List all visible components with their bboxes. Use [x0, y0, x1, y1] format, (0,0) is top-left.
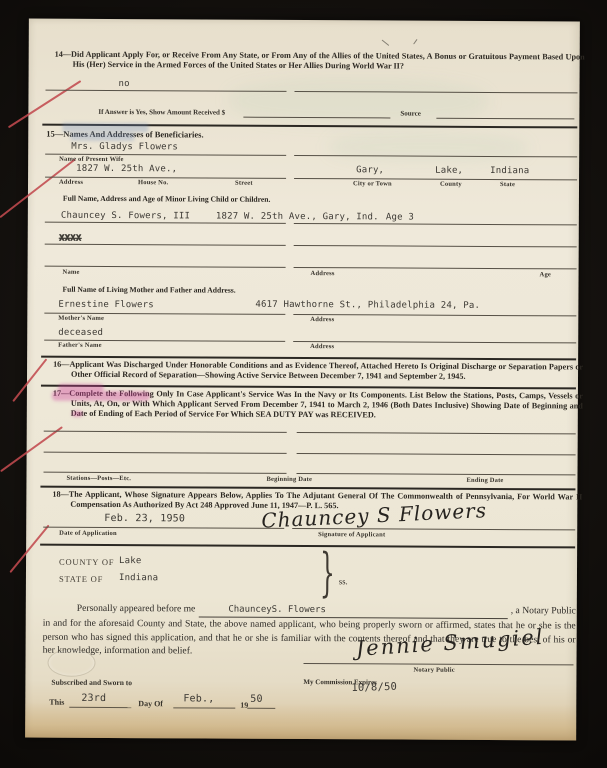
bleed-through-tint	[328, 132, 528, 163]
county-of-label: COUNTY OF	[59, 557, 114, 567]
signature-of-applicant-label: Signature of Applicant	[318, 531, 385, 538]
ss-label: ss.	[339, 576, 348, 586]
item16-text: 16—Applicant Was Discharged Under Honora…	[53, 360, 583, 382]
embossed-seal	[47, 649, 95, 677]
child-age-value: Age 3	[386, 212, 414, 222]
if-yes-label: If Answer is Yes, Show Amount Received $	[98, 108, 225, 117]
state-of-value: Indiana	[119, 573, 158, 583]
father-name-label: Father's Name	[58, 342, 102, 349]
affidavit-lead: Personally appeared before me	[77, 602, 196, 616]
stations-label: Stations—Posts—Etc.	[66, 475, 131, 482]
faded-ink-stamp	[70, 133, 134, 141]
subscribed-label: Subscribed and Sworn to	[51, 678, 132, 687]
address-value: 1827 W. 25th Ave.,	[76, 164, 177, 175]
child-address-value: 1827 W. 25th Ave., Gary, Ind.	[216, 212, 379, 223]
state-label: State	[500, 181, 515, 188]
county-value: Lake,	[435, 166, 463, 176]
ruled-line	[45, 266, 286, 268]
red-check-mark	[0, 158, 75, 217]
item14-answer: no	[119, 79, 130, 89]
age-label: Age	[540, 271, 551, 278]
pencil-mark	[381, 40, 389, 47]
faded-ink-stamp	[62, 123, 148, 132]
ruled-line	[294, 267, 577, 269]
county-label: County	[440, 181, 462, 188]
red-check-mark	[0, 426, 63, 472]
parents-heading: Full Name of Living Mother and Father an…	[62, 285, 235, 295]
state-of-label: STATE OF	[59, 574, 103, 584]
child-heading: Full Name, Address and Age of Minor Livi…	[63, 194, 271, 204]
ruled-line	[44, 452, 287, 454]
city-label: City or Town	[353, 180, 392, 187]
ruled-line	[293, 314, 576, 316]
red-check-mark	[9, 525, 49, 573]
ruled-line	[297, 432, 576, 434]
county-of-value: Lake	[119, 556, 142, 566]
photo-background: 14—Did Applicant Apply For, or Receive F…	[0, 0, 607, 768]
mother-address-value: 4617 Hawthorne St., Philadelphia 24, Pa.	[255, 300, 480, 311]
house-no-label: House No.	[138, 179, 168, 186]
ruled-line	[294, 245, 577, 247]
application-date-value: Feb. 23, 1950	[104, 513, 185, 524]
red-check-mark	[8, 80, 81, 128]
ruled-line	[45, 222, 286, 224]
ending-date-label: Ending Date	[466, 477, 503, 484]
address-label: Address	[59, 179, 83, 186]
name-label: Name	[63, 269, 80, 276]
child-name-value: Chauncey S. Fowers, III	[61, 211, 190, 222]
ruled-line	[294, 223, 577, 225]
ruled-line	[44, 431, 287, 433]
ruled-line	[293, 341, 576, 343]
pink-highlight	[72, 411, 83, 417]
address-label: Address	[311, 270, 335, 277]
notary-public-label: Notary Public	[413, 667, 454, 674]
ruled-line	[304, 663, 574, 665]
paper-bottom-shading	[25, 702, 576, 741]
ruled-line	[43, 527, 284, 529]
jurat-brace: }	[320, 547, 335, 599]
wife-name-value: Mrs. Gladys Flowers	[71, 142, 178, 153]
street-label: Street	[235, 180, 253, 187]
item14-text: 14—Did Applicant Apply For, or Receive F…	[55, 50, 585, 72]
pink-highlight	[52, 391, 150, 402]
ruled-line	[45, 244, 286, 246]
address-label: Address	[310, 316, 334, 323]
wife-name-label: Name of Present Wife	[59, 156, 124, 163]
pencil-mark	[413, 39, 418, 45]
mother-name-label: Mother's Name	[58, 315, 104, 322]
ruled-line	[297, 453, 576, 455]
ruled-line	[44, 472, 287, 474]
ruled-line	[297, 473, 576, 475]
commission-date-value: 10/8/50	[351, 681, 397, 694]
state-value: Indiana	[490, 166, 529, 176]
date-of-application-label: Date of Application	[59, 530, 117, 537]
city-value: Gary,	[356, 165, 384, 175]
crossed-out-entry: XXXX	[59, 234, 82, 244]
typed-applicant-name: ChaunceyS. Flowers	[198, 603, 508, 619]
document-page: 14—Did Applicant Apply For, or Receive F…	[25, 19, 580, 741]
ruled-line	[46, 90, 287, 92]
ruled-line	[294, 178, 577, 180]
affidavit-line1-end: , a Notary Public	[511, 604, 576, 618]
father-name-value: deceased	[58, 328, 103, 338]
source-label: Source	[400, 110, 421, 118]
red-check-mark	[12, 358, 47, 401]
address-label: Address	[310, 343, 334, 350]
section-divider	[40, 544, 575, 549]
mother-name-value: Ernestine Flowers	[58, 300, 154, 310]
beginning-date-label: Beginning Date	[266, 476, 312, 483]
